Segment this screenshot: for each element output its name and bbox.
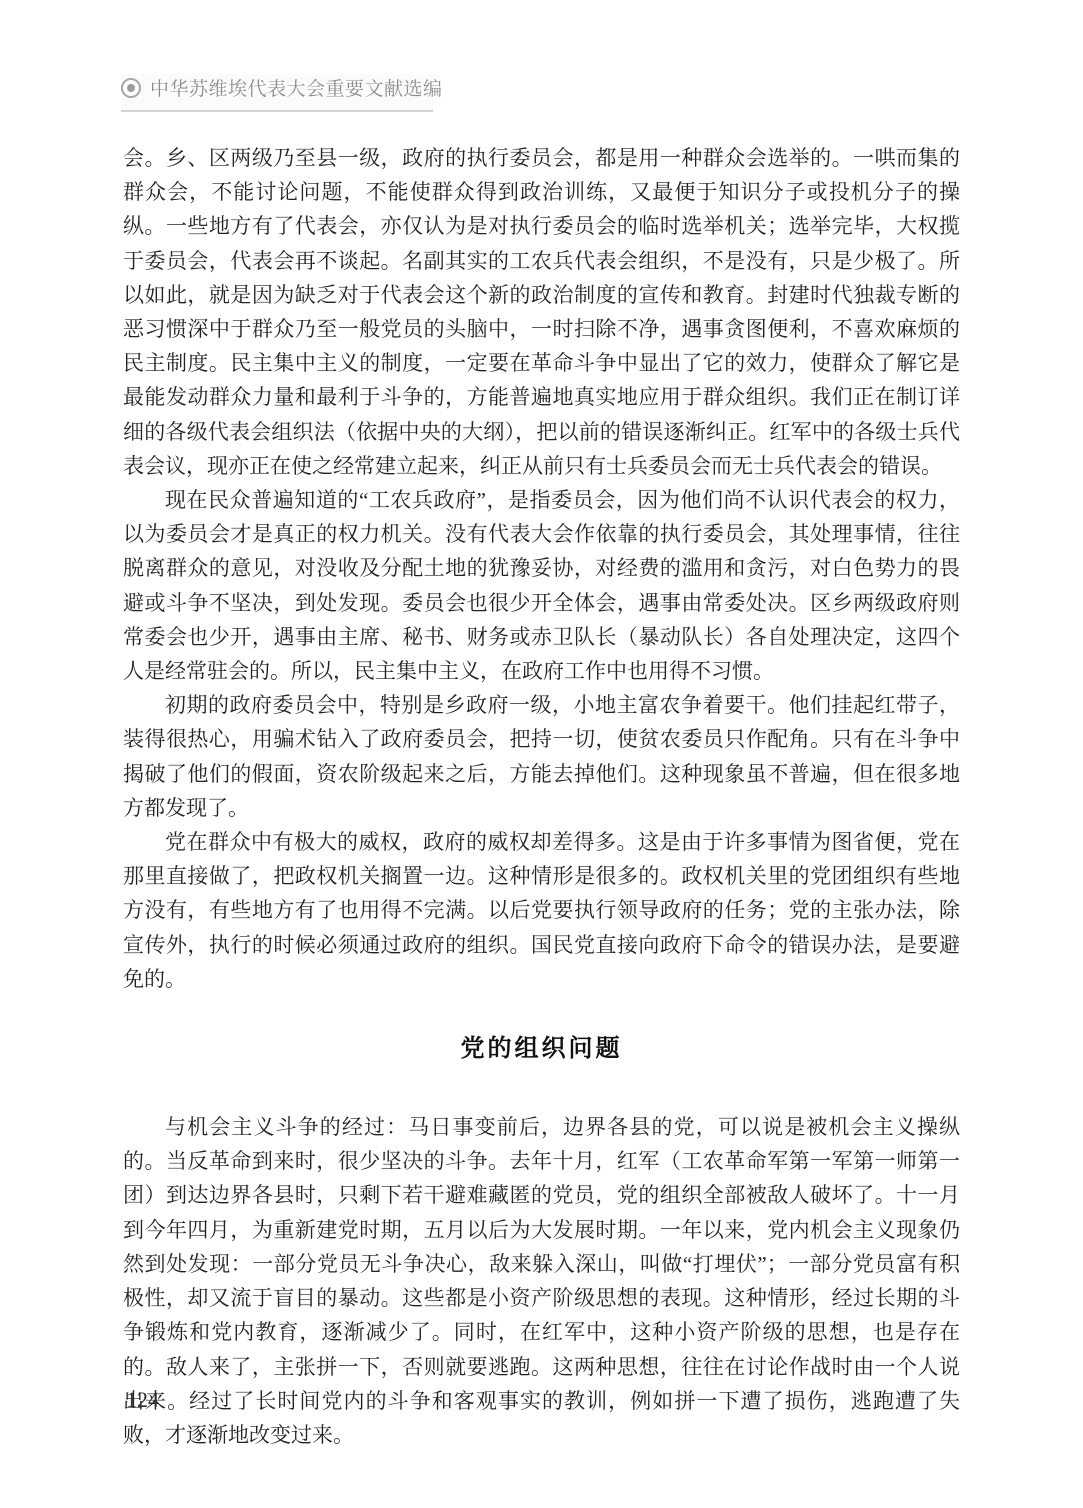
running-header: 中华苏维埃代表大会重要文献选编 [121, 74, 433, 112]
paragraph: 现在民众普遍知道的“工农兵政府”，是指委员会，因为他们尚不认识代表会的权力，以为… [123, 483, 960, 688]
radio-bullet-dot [127, 84, 135, 92]
paragraph: 党在群众中有极大的威权，政府的威权却差得多。这是由于许多事情为图省便，党在那里直… [123, 825, 960, 996]
paragraph: 初期的政府委员会中，特别是乡政府一级，小地主富农争着要干。他们挂起红带子，装得很… [123, 688, 960, 825]
page-number: 124 [126, 1387, 159, 1413]
paragraph: 与机会主义斗争的经过：马日事变前后，边界各县的党，可以说是被机会主义操纵的。当反… [123, 1110, 960, 1452]
section-heading: 党的组织问题 [123, 1032, 960, 1066]
paragraph-continuation: 会。乡、区两级乃至县一级，政府的执行委员会，都是用一种群众会选举的。一哄而集的群… [123, 141, 960, 483]
book-title: 中华苏维埃代表大会重要文献选编 [150, 74, 443, 101]
radio-bullet-icon [121, 78, 141, 98]
book-page: 中华苏维埃代表大会重要文献选编 会。乡、区两级乃至县一级，政府的执行委员会，都是… [0, 0, 1083, 1508]
document-content: 会。乡、区两级乃至县一级，政府的执行委员会，都是用一种群众会选举的。一哄而集的群… [123, 141, 960, 1452]
